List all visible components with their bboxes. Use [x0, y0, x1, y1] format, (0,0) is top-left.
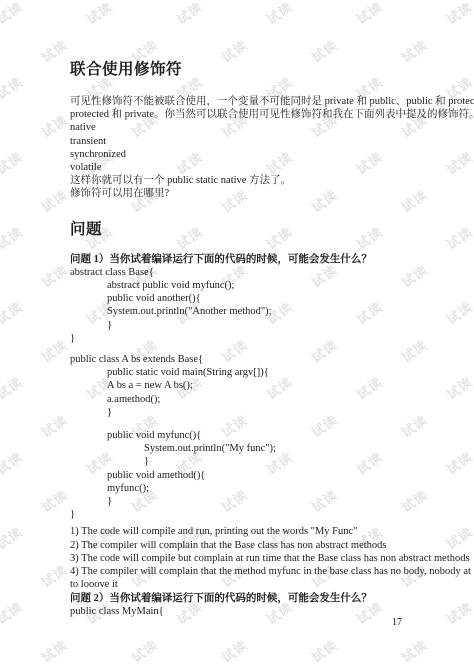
question2-prompt: 问题 2）当你试着编译运行下面的代码的时候，可能会发生什么？	[70, 592, 474, 605]
code-line: A bs a = new A bs();	[70, 379, 474, 392]
modifier-item: transient	[70, 135, 474, 148]
modifier-item: synchronized	[70, 148, 474, 161]
answer-line: 4) The compiler will complain that the m…	[70, 565, 474, 578]
code-line: System.out.println("Another method");	[70, 305, 474, 318]
watermark-text: 试读	[0, 447, 26, 479]
answer-line: 3) The code will compile but complain at…	[70, 552, 474, 565]
page-content: 联合使用修饰符 可见性修饰符不能被联合使用，一个变量不可能同时是 private…	[70, 0, 474, 618]
paragraph-line: 可见性修饰符不能被联合使用，一个变量不可能同时是 private 和 publi…	[70, 95, 474, 108]
watermark-text: 试读	[0, 372, 26, 404]
code-line: }	[70, 332, 474, 345]
code-line: public static void main(String argv[]){	[70, 366, 474, 379]
watermark-text: 试读	[0, 147, 26, 179]
watermark-text: 试读	[307, 634, 341, 666]
watermark-text: 试读	[0, 522, 26, 554]
watermark-text: 试读	[0, 222, 26, 254]
watermark-text: 试读	[37, 34, 71, 66]
watermark-text: 试读	[37, 259, 71, 291]
questions-heading: 问题	[70, 221, 474, 238]
code-line: myfunc();	[70, 482, 474, 495]
code-line: abstract public void myfunc();	[70, 279, 474, 292]
paragraph-line: protected 和 private。你当然可以联合使用可见性修饰符和我在下面…	[70, 108, 474, 121]
code-line: public void amethod(){	[70, 469, 474, 482]
watermark-text: 试读	[0, 597, 26, 629]
document-page: 试读试读试读试读试读试读试读试读试读试读试读试读试读试读试读试读试读试读试读试读…	[0, 0, 474, 670]
watermark-text: 试读	[0, 0, 26, 28]
watermark-text: 试读	[0, 72, 26, 104]
section-title: 联合使用修饰符	[70, 60, 474, 79]
answer-line: to looove it	[70, 578, 474, 591]
code-line: public class A bs extends Base{	[70, 353, 474, 366]
watermark-text: 试读	[37, 559, 71, 591]
code-line: }	[70, 319, 474, 332]
note-line: 这样你就可以有一个 public static native 方法了。	[70, 174, 474, 187]
code-line: abstract class Base{	[70, 266, 474, 279]
modifier-item: volatile	[70, 161, 474, 174]
watermark-text: 试读	[37, 334, 71, 366]
answer-line: 1) The code will compile and run, printi…	[70, 525, 474, 538]
question1-prompt: 问题 1）当你试着编译运行下面的代码的时候，可能会发生什么？	[70, 253, 474, 266]
watermark-text: 试读	[37, 184, 71, 216]
code-line: }	[70, 508, 474, 521]
code-line: public void myfunc(){	[70, 429, 474, 442]
code-line: }	[70, 495, 474, 508]
code-line: a.amethod();	[70, 393, 474, 406]
page-number: 17	[392, 616, 402, 629]
code-line: }	[70, 406, 474, 419]
code-line: System.out.println("My func");	[70, 442, 474, 455]
code-line: public void another(){	[70, 292, 474, 305]
watermark-text: 试读	[37, 409, 71, 441]
watermark-text: 试读	[0, 297, 26, 329]
modifier-item: native	[70, 121, 474, 134]
code-line: }	[70, 455, 474, 468]
watermark-text: 试读	[127, 634, 161, 666]
watermark-text: 试读	[217, 634, 251, 666]
watermark-text: 试读	[397, 634, 431, 666]
watermark-text: 试读	[37, 109, 71, 141]
code-line: public class MyMain{	[70, 605, 474, 618]
question-line: 修饰符可以用在哪里?	[70, 187, 474, 200]
watermark-text: 试读	[37, 484, 71, 516]
answer-line: 2) The compiler will complain that the B…	[70, 539, 474, 552]
watermark-text: 试读	[37, 634, 71, 666]
